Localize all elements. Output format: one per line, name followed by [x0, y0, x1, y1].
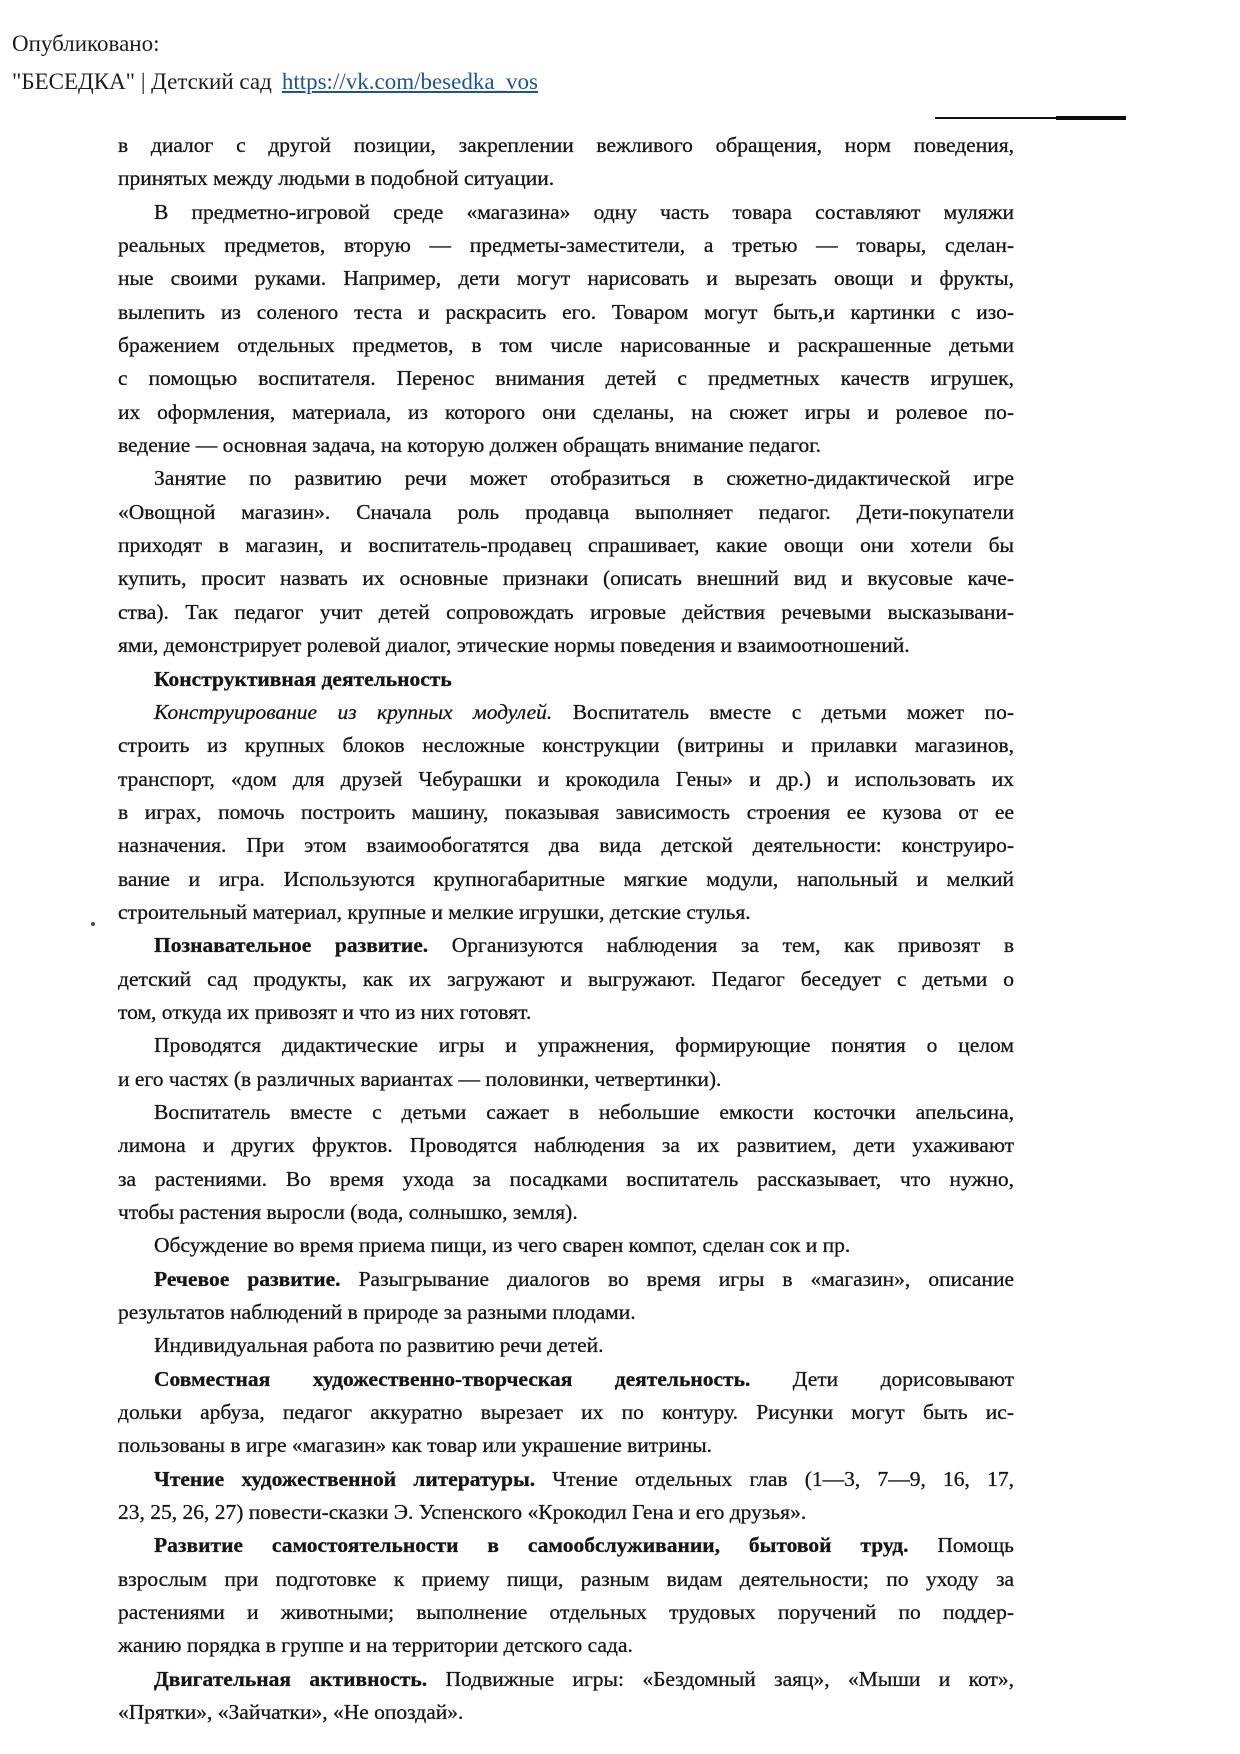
text-line: том, откуда их привозят и что из них гот…: [118, 996, 1014, 1029]
text-segment: и его частях (в различных вариантах — по…: [118, 1067, 721, 1091]
text-segment: Подвижные игры: «Бездомный заяц», «Мыши …: [427, 1667, 1014, 1691]
paragraph: В предметно-игровой среде «магазина» одн…: [118, 196, 1014, 463]
text-segment: 23, 25, 26, 27) повести-сказки Э. Успенс…: [118, 1500, 806, 1524]
text-segment: Совместная художественно-творческая деят…: [154, 1367, 750, 1391]
text-line: вание и игра. Используются крупногабарит…: [118, 863, 1014, 896]
text-line: Обсуждение во время приема пищи, из чего…: [118, 1229, 1014, 1262]
paragraph: в диалог с другой позиции, закреплении в…: [118, 129, 1014, 196]
text-line: купить, просит назвать их основные призн…: [118, 562, 1014, 595]
text-line: пользованы в игре «магазин» как товар ил…: [118, 1429, 1014, 1462]
text-segment: Воспитатель вместе с детьми может по-: [552, 700, 1014, 724]
text-segment: вание и игра. Используются крупногабарит…: [118, 867, 1014, 891]
text-segment: в диалог с другой позиции, закреплении в…: [118, 133, 1014, 157]
text-line: взрослым при подготовке к приему пищи, р…: [118, 1563, 1014, 1596]
paragraph: Совместная художественно-творческая деят…: [118, 1363, 1014, 1463]
text-line: и его частях (в различных вариантах — по…: [118, 1063, 1014, 1096]
text-segment: принятых между людьми в подобной ситуаци…: [118, 166, 554, 190]
text-segment: пользованы в игре «магазин» как товар ил…: [118, 1433, 712, 1457]
text-line: результатов наблюдений в природе за разн…: [118, 1296, 1014, 1329]
text-line: ства). Так педагог учит детей сопровожда…: [118, 596, 1014, 629]
header: Опубликовано: "БЕСЕДКА" | Детский садhtt…: [12, 26, 538, 100]
text-line: Конструирование из крупных модулей. Восп…: [118, 696, 1014, 729]
paragraph: Обсуждение во время приема пищи, из чего…: [118, 1229, 1014, 1262]
text-segment: Индивидуальная работа по развитию речи д…: [154, 1333, 604, 1357]
text-segment: дольки арбуза, педагог аккуратно вырезае…: [118, 1400, 1014, 1424]
text-line: «Прятки», «Зайчатки», «Не опоздай».: [118, 1696, 1014, 1729]
text-segment: детский сад продукты, как их загружают и…: [118, 967, 1014, 991]
text-line: приходят в магазин, и воспитатель-продав…: [118, 529, 1014, 562]
text-segment: Конструирование из крупных модулей.: [154, 700, 552, 724]
text-line: детский сад продукты, как их загружают и…: [118, 963, 1014, 996]
text-segment: приходят в магазин, и воспитатель-продав…: [118, 533, 1014, 557]
text-segment: лимона и других фруктов. Проводятся набл…: [118, 1133, 1014, 1157]
text-line: Познавательное развитие. Организуются на…: [118, 929, 1014, 962]
text-line: Речевое развитие. Разыгрывание диалогов …: [118, 1263, 1014, 1296]
text-segment: в играх, помочь построить машину, показы…: [118, 800, 1014, 824]
text-segment: Развитие самостоятельности в самообслужи…: [154, 1533, 909, 1557]
text-segment: транспорт, «дом для друзей Чебурашки и к…: [118, 767, 1014, 791]
text-line: с помощью воспитателя. Перенос внимания …: [118, 362, 1014, 395]
text-segment: Чтение художественной литературы.: [154, 1467, 535, 1491]
paragraph: Конструирование из крупных модулей. Восп…: [118, 696, 1014, 929]
text-line: их оформления, материала, из которого он…: [118, 396, 1014, 429]
paragraph: Воспитатель вместе с детьми сажает в неб…: [118, 1096, 1014, 1229]
text-segment: том, откуда их привозят и что из них гот…: [118, 1000, 531, 1024]
paragraph: Чтение художественной литературы. Чтение…: [118, 1463, 1014, 1530]
text-segment: Обсуждение во время приема пищи, из чего…: [154, 1233, 850, 1257]
text-segment: строительный материал, крупные и мелкие …: [118, 900, 751, 924]
text-line: бражением отдельных предметов, в том чис…: [118, 329, 1014, 362]
paragraph: Развитие самостоятельности в самообслужи…: [118, 1529, 1014, 1662]
text-line: вылепить из соленого теста и раскрасить …: [118, 296, 1014, 329]
text-segment: их оформления, материала, из которого он…: [118, 400, 1014, 424]
text-line: за растениями. Во время ухода за посадка…: [118, 1163, 1014, 1196]
text-segment: «Прятки», «Зайчатки», «Не опоздай».: [118, 1700, 463, 1724]
text-segment: растениями и животными; выполнение отдел…: [118, 1600, 1014, 1624]
text-line: жанию порядка в группе и на территории д…: [118, 1629, 1014, 1662]
text-segment: с помощью воспитателя. Перенос внимания …: [118, 366, 1014, 390]
text-segment: Занятие по развитию речи может отобразит…: [154, 466, 1014, 490]
text-segment: Проводятся дидактические игры и упражнен…: [154, 1033, 1014, 1057]
text-segment: ведение — основная задача, на которую до…: [118, 433, 821, 457]
text-segment: Речевое развитие.: [154, 1267, 341, 1291]
text-line: Двигательная активность. Подвижные игры:…: [118, 1663, 1014, 1696]
text-line: В предметно-игровой среде «магазина» одн…: [118, 196, 1014, 229]
text-segment: Конструктивная деятельность: [154, 667, 452, 691]
text-line: Индивидуальная работа по развитию речи д…: [118, 1329, 1014, 1362]
text-segment: Чтение отдельных глав (1—3, 7—9, 16, 17,: [535, 1467, 1014, 1491]
paragraph: Проводятся дидактические игры и упражнен…: [118, 1029, 1014, 1096]
document-body: в диалог с другой позиции, закреплении в…: [118, 129, 1014, 1730]
paragraph: Индивидуальная работа по развитию речи д…: [118, 1329, 1014, 1362]
paragraph: Познавательное развитие. Организуются на…: [118, 929, 1014, 1029]
text-line: строительный материал, крупные и мелкие …: [118, 896, 1014, 929]
source-line: "БЕСЕДКА" | Детский садhttps://vk.com/be…: [12, 64, 538, 100]
text-segment: «Овощной магазин». Сначала роль продавца…: [118, 500, 1014, 524]
text-line: Конструктивная деятельность: [118, 663, 1014, 696]
text-line: 23, 25, 26, 27) повести-сказки Э. Успенс…: [118, 1496, 1014, 1529]
text-line: ведение — основная задача, на которую до…: [118, 429, 1014, 462]
text-line: назначения. При этом взаимообогатятся дв…: [118, 829, 1014, 862]
text-segment: Разыгрывание диалогов во время игры в «м…: [341, 1267, 1014, 1291]
text-line: транспорт, «дом для друзей Чебурашки и к…: [118, 763, 1014, 796]
text-line: лимона и других фруктов. Проводятся набл…: [118, 1129, 1014, 1162]
text-segment: за растениями. Во время ухода за посадка…: [118, 1167, 1014, 1191]
page: { "header": { "published_label": "Опубли…: [0, 0, 1240, 1754]
text-segment: чтобы растения выросли (вода, солнышко, …: [118, 1200, 578, 1224]
text-line: растениями и животными; выполнение отдел…: [118, 1596, 1014, 1629]
text-line: дольки арбуза, педагог аккуратно вырезае…: [118, 1396, 1014, 1429]
text-segment: строить из крупных блоков несложные конс…: [118, 733, 1014, 757]
text-segment: Помощь: [909, 1533, 1014, 1557]
text-line: Проводятся дидактические игры и упражнен…: [118, 1029, 1014, 1062]
text-segment: ные своими руками. Например, дети могут …: [118, 266, 1014, 290]
text-segment: бражением отдельных предметов, в том чис…: [118, 333, 1014, 357]
text-line: принятых между людьми в подобной ситуаци…: [118, 162, 1014, 195]
text-segment: купить, просит назвать их основные призн…: [118, 566, 1014, 590]
text-segment: В предметно-игровой среде «магазина» одн…: [154, 200, 1014, 224]
text-segment: Организуются наблюдения за тем, как прив…: [428, 933, 1014, 957]
text-line: ями, демонстрирует ролевой диалог, этиче…: [118, 629, 1014, 662]
text-line: в диалог с другой позиции, закреплении в…: [118, 129, 1014, 162]
text-line: чтобы растения выросли (вода, солнышко, …: [118, 1196, 1014, 1229]
paragraph: Речевое развитие. Разыгрывание диалогов …: [118, 1263, 1014, 1330]
text-segment: вылепить из соленого теста и раскрасить …: [118, 300, 1014, 324]
text-line: Воспитатель вместе с детьми сажает в неб…: [118, 1096, 1014, 1129]
scan-speck: [91, 922, 95, 926]
text-line: Совместная художественно-творческая деят…: [118, 1363, 1014, 1396]
text-line: Занятие по развитию речи может отобразит…: [118, 462, 1014, 495]
text-segment: результатов наблюдений в природе за разн…: [118, 1300, 636, 1324]
text-line: ные своими руками. Например, дети могут …: [118, 262, 1014, 295]
text-segment: Двигательная активность.: [154, 1667, 427, 1691]
text-line: «Овощной магазин». Сначала роль продавца…: [118, 496, 1014, 529]
paragraph: Занятие по развитию речи может отобразит…: [118, 462, 1014, 662]
text-segment: ями, демонстрирует ролевой диалог, этиче…: [118, 633, 910, 657]
source-link[interactable]: https://vk.com/besedka_vos: [282, 69, 538, 94]
text-line: строить из крупных блоков несложные конс…: [118, 729, 1014, 762]
paragraph: Конструктивная деятельность: [118, 663, 1014, 696]
text-line: в играх, помочь построить машину, показы…: [118, 796, 1014, 829]
text-line: Развитие самостоятельности в самообслужи…: [118, 1529, 1014, 1562]
text-line: реальных предметов, вторую — предметы-за…: [118, 229, 1014, 262]
paragraph: Двигательная активность. Подвижные игры:…: [118, 1663, 1014, 1730]
text-segment: Воспитатель вместе с детьми сажает в неб…: [154, 1100, 1014, 1124]
text-segment: жанию порядка в группе и на территории д…: [118, 1633, 633, 1657]
scan-artifact-line-thick: [1056, 116, 1126, 120]
text-segment: Познавательное развитие.: [154, 933, 428, 957]
text-segment: ства). Так педагог учит детей сопровожда…: [118, 600, 1014, 624]
text-segment: реальных предметов, вторую — предметы-за…: [118, 233, 1014, 257]
published-label: Опубликовано:: [12, 26, 538, 62]
text-segment: назначения. При этом взаимообогатятся дв…: [118, 833, 1014, 857]
source-name: "БЕСЕДКА" | Детский сад: [12, 69, 272, 94]
text-segment: Дети дорисовывают: [750, 1367, 1014, 1391]
text-segment: взрослым при подготовке к приему пищи, р…: [118, 1567, 1014, 1591]
text-line: Чтение художественной литературы. Чтение…: [118, 1463, 1014, 1496]
